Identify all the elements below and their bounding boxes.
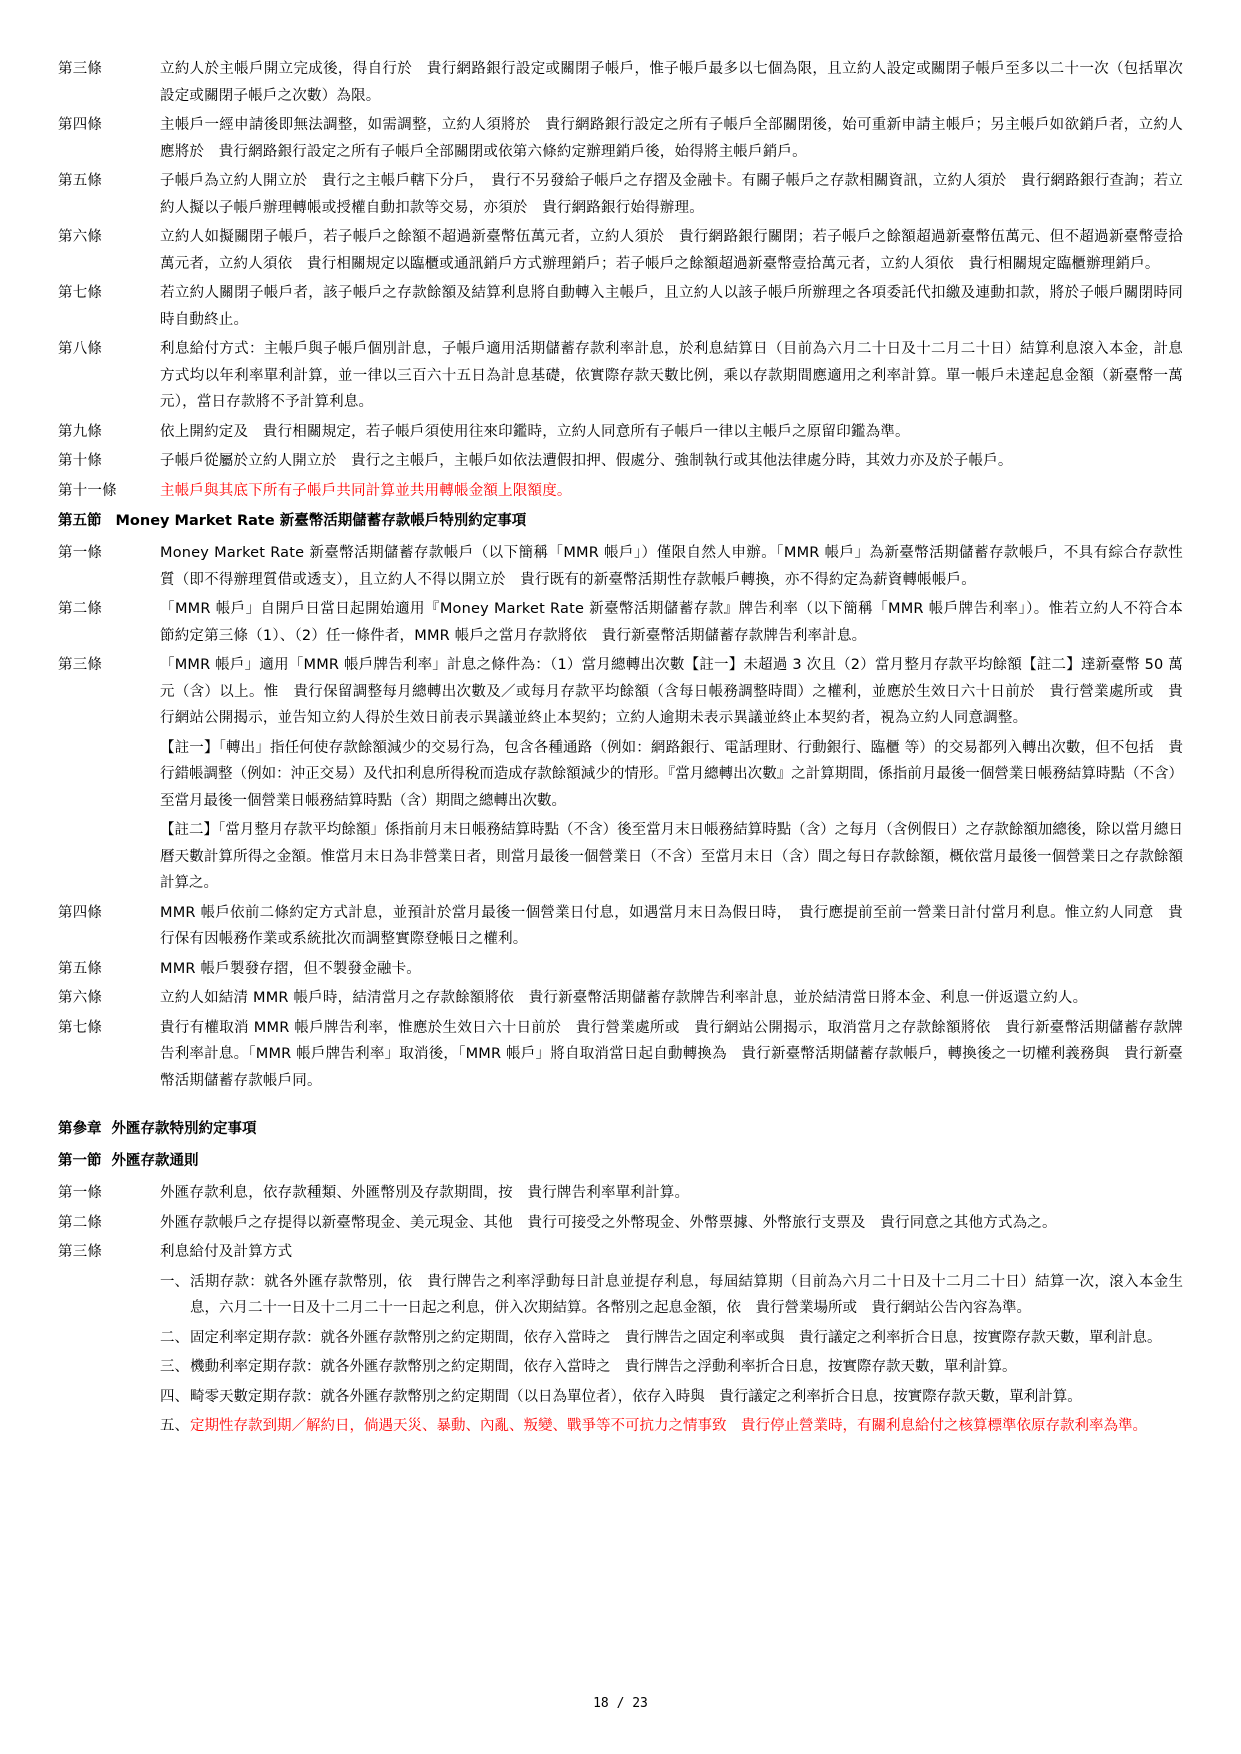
- item-number: 四、: [160, 1384, 190, 1411]
- item-text: 畸零天數定期存款：就各外匯存款幣別之約定期間（以日為單位者），依存入時與 貴行議…: [190, 1384, 1183, 1411]
- item-number: 三、: [160, 1354, 190, 1381]
- article-text: 若立約人關閉子帳戶者，該子帳戶之存款餘額及結算利息將自動轉入主帳戶，且立約人以該…: [160, 280, 1183, 333]
- item-text: 機動利率定期存款：就各外匯存款幣別之約定期間，依存入當時之 貴行牌告之浮動利率折…: [190, 1354, 1183, 1381]
- article-text: 子帳戶為立約人開立於 貴行之主帳戶轄下分戶， 貴行不另發給子帳戶之存摺及金融卡。…: [160, 168, 1183, 221]
- article-text: 外匯存款利息，依存款種類、外匯幣別及存款期間，按 貴行牌告利率單利計算。: [160, 1180, 1183, 1207]
- article-7: 第七條 若立約人關閉子帳戶者，該子帳戶之存款餘額及結算利息將自動轉入主帳戶，且立…: [58, 280, 1183, 333]
- fx-item-4: 四、 畸零天數定期存款：就各外匯存款幣別之約定期間（以日為單位者），依存入時與 …: [160, 1384, 1183, 1411]
- mmr-note-1: 【註一】「轉出」指任何使存款餘額減少的交易行為，包含各種通路（例如：網路銀行、電…: [160, 735, 1183, 815]
- article-4: 第四條 主帳戶一經申請後即無法調整，如需調整，立約人須將於 貴行網路銀行設定之所…: [58, 112, 1183, 165]
- article-text: MMR 帳戶依前二條約定方式計息，並預計於當月最後一個營業日付息，如遇當月末日為…: [160, 900, 1183, 953]
- chapter-title: 外匯存款特別約定事項: [112, 1121, 257, 1137]
- article-label: 第三條: [58, 56, 160, 109]
- article-label: 第一條: [58, 1180, 160, 1207]
- article-text: 立約人如結清 MMR 帳戶時，結清當月之存款餘額將依 貴行新臺幣活期儲蓄存款牌告…: [160, 985, 1183, 1012]
- item-text: 活期存款：就各外匯存款幣別，依 貴行牌告之利率浮動每日計息並提存利息，每屆結算期…: [190, 1269, 1183, 1322]
- article-label: 第三條: [58, 652, 160, 732]
- article-3: 第三條 立約人於主帳戶開立完成後，得自行於 貴行網路銀行設定或關閉子帳戶，惟子帳…: [58, 56, 1183, 109]
- article-text: 立約人如擬關閉子帳戶，若子帳戶之餘額不超過新臺幣伍萬元者，立約人須於 貴行網路銀…: [160, 224, 1183, 277]
- fx-item-3: 三、 機動利率定期存款：就各外匯存款幣別之約定期間，依存入當時之 貴行牌告之浮動…: [160, 1354, 1183, 1381]
- fx-article-3: 第三條 利息給付及計算方式: [58, 1239, 1183, 1266]
- article-text: 利息給付方式：主帳戶與子帳戶個別計息，子帳戶適用活期儲蓄存款利率計息，於利息結算…: [160, 336, 1183, 416]
- article-label: 第三條: [58, 1239, 160, 1266]
- article-text-red: 主帳戶與其底下所有子帳戶共同計算並共用轉帳金額上限額度。: [160, 478, 1183, 505]
- article-text: Money Market Rate 新臺幣活期儲蓄存款帳戶（以下簡稱「MMR 帳…: [160, 540, 1183, 593]
- item-number: 五、: [160, 1413, 190, 1440]
- article-label: 第四條: [58, 900, 160, 953]
- mmr-article-2: 第二條 「MMR 帳戶」自開戶日當日起開始適用『Money Market Rat…: [58, 596, 1183, 649]
- article-text: 「MMR 帳戶」自開戶日當日起開始適用『Money Market Rate 新臺…: [160, 596, 1183, 649]
- article-label: 第四條: [58, 112, 160, 165]
- mmr-article-3: 第三條 「MMR 帳戶」適用「MMR 帳戶牌告利率」計息之條件為：（1）當月總轉…: [58, 652, 1183, 732]
- article-text: 立約人於主帳戶開立完成後，得自行於 貴行網路銀行設定或關閉子帳戶，惟子帳戶最多以…: [160, 56, 1183, 109]
- fx-item-5-highlighted: 五、 定期性存款到期／解約日，倘遇天災、暴動、內亂、叛變、戰爭等不可抗力之情事致…: [160, 1413, 1183, 1440]
- article-6: 第六條 立約人如擬關閉子帳戶，若子帳戶之餘額不超過新臺幣伍萬元者，立約人須於 貴…: [58, 224, 1183, 277]
- article-label: 第二條: [58, 596, 160, 649]
- article-text: 依上開約定及 貴行相關規定，若子帳戶須使用往來印鑑時，立約人同意所有子帳戶一律以…: [160, 419, 1183, 446]
- article-label: 第十條: [58, 448, 160, 475]
- article-11-highlighted: 第十一條 主帳戶與其底下所有子帳戶共同計算並共用轉帳金額上限額度。: [58, 478, 1183, 505]
- section-heading-general-rules: 第一節外匯存款通則: [58, 1148, 1183, 1174]
- section-title: Money Market Rate 新臺幣活期儲蓄存款帳戶特別約定事項: [116, 513, 527, 529]
- article-text: 貴行有權取消 MMR 帳戶牌告利率，惟應於生效日六十日前於 貴行營業處所或 貴行…: [160, 1015, 1183, 1095]
- mmr-article-6: 第六條 立約人如結清 MMR 帳戶時，結清當月之存款餘額將依 貴行新臺幣活期儲蓄…: [58, 985, 1183, 1012]
- item-text-red: 定期性存款到期／解約日，倘遇天災、暴動、內亂、叛變、戰爭等不可抗力之情事致 貴行…: [190, 1413, 1183, 1440]
- article-label: 第七條: [58, 1015, 160, 1095]
- section-title: 外匯存款通則: [112, 1153, 199, 1169]
- fx-article-1: 第一條 外匯存款利息，依存款種類、外匯幣別及存款期間，按 貴行牌告利率單利計算。: [58, 1180, 1183, 1207]
- section-label: 第五節: [58, 513, 102, 529]
- article-10: 第十條 子帳戶從屬於立約人開立於 貴行之主帳戶，主帳戶如依法遭假扣押、假處分、強…: [58, 448, 1183, 475]
- article-label: 第六條: [58, 985, 160, 1012]
- item-text: 固定利率定期存款：就各外匯存款幣別之約定期間，依存入當時之 貴行牌告之固定利率或…: [190, 1325, 1183, 1352]
- page-number: 18 / 23: [0, 1696, 1241, 1711]
- article-text: 子帳戶從屬於立約人開立於 貴行之主帳戶，主帳戶如依法遭假扣押、假處分、強制執行或…: [160, 448, 1183, 475]
- section-heading-mmr: 第五節Money Market Rate 新臺幣活期儲蓄存款帳戶特別約定事項: [58, 508, 1183, 534]
- article-text: MMR 帳戶製發存摺，但不製發金融卡。: [160, 956, 1183, 983]
- article-text: 「MMR 帳戶」適用「MMR 帳戶牌告利率」計息之條件為：（1）當月總轉出次數【…: [160, 652, 1183, 732]
- article-text: 利息給付及計算方式: [160, 1239, 1183, 1266]
- mmr-note-2: 【註二】「當月整月存款平均餘額」係指前月末日帳務結算時點（不含）後至當月末日帳務…: [160, 817, 1183, 897]
- article-label: 第五條: [58, 956, 160, 983]
- mmr-article-4: 第四條 MMR 帳戶依前二條約定方式計息，並預計於當月最後一個營業日付息，如遇當…: [58, 900, 1183, 953]
- document-page: 第三條 立約人於主帳戶開立完成後，得自行於 貴行網路銀行設定或關閉子帳戶，惟子帳…: [58, 56, 1183, 1443]
- chapter-label: 第參章: [58, 1121, 102, 1137]
- fx-article-2: 第二條 外匯存款帳戶之存提得以新臺幣現金、美元現金、其他 貴行可接受之外幣現金、…: [58, 1210, 1183, 1237]
- section-label: 第一節: [58, 1153, 102, 1169]
- item-number: 二、: [160, 1325, 190, 1352]
- mmr-article-1: 第一條 Money Market Rate 新臺幣活期儲蓄存款帳戶（以下簡稱「M…: [58, 540, 1183, 593]
- article-label: 第二條: [58, 1210, 160, 1237]
- article-8: 第八條 利息給付方式：主帳戶與子帳戶個別計息，子帳戶適用活期儲蓄存款利率計息，於…: [58, 336, 1183, 416]
- article-label: 第七條: [58, 280, 160, 333]
- mmr-article-7: 第七條 貴行有權取消 MMR 帳戶牌告利率，惟應於生效日六十日前於 貴行營業處所…: [58, 1015, 1183, 1095]
- article-label: 第一條: [58, 540, 160, 593]
- article-label: 第六條: [58, 224, 160, 277]
- article-text: 主帳戶一經申請後即無法調整，如需調整，立約人須將於 貴行網路銀行設定之所有子帳戶…: [160, 112, 1183, 165]
- fx-item-1: 一、 活期存款：就各外匯存款幣別，依 貴行牌告之利率浮動每日計息並提存利息，每屆…: [160, 1269, 1183, 1322]
- mmr-article-5: 第五條 MMR 帳戶製發存摺，但不製發金融卡。: [58, 956, 1183, 983]
- article-label: 第五條: [58, 168, 160, 221]
- article-label: 第十一條: [58, 478, 160, 505]
- article-9: 第九條 依上開約定及 貴行相關規定，若子帳戶須使用往來印鑑時，立約人同意所有子帳…: [58, 419, 1183, 446]
- fx-item-2: 二、 固定利率定期存款：就各外匯存款幣別之約定期間，依存入當時之 貴行牌告之固定…: [160, 1325, 1183, 1352]
- article-label: 第八條: [58, 336, 160, 416]
- item-number: 一、: [160, 1269, 190, 1322]
- article-text: 外匯存款帳戶之存提得以新臺幣現金、美元現金、其他 貴行可接受之外幣現金、外幣票據…: [160, 1210, 1183, 1237]
- article-label: 第九條: [58, 419, 160, 446]
- article-5: 第五條 子帳戶為立約人開立於 貴行之主帳戶轄下分戶， 貴行不另發給子帳戶之存摺及…: [58, 168, 1183, 221]
- chapter-heading-foreign-deposit: 第參章外匯存款特別約定事項: [58, 1116, 1183, 1142]
